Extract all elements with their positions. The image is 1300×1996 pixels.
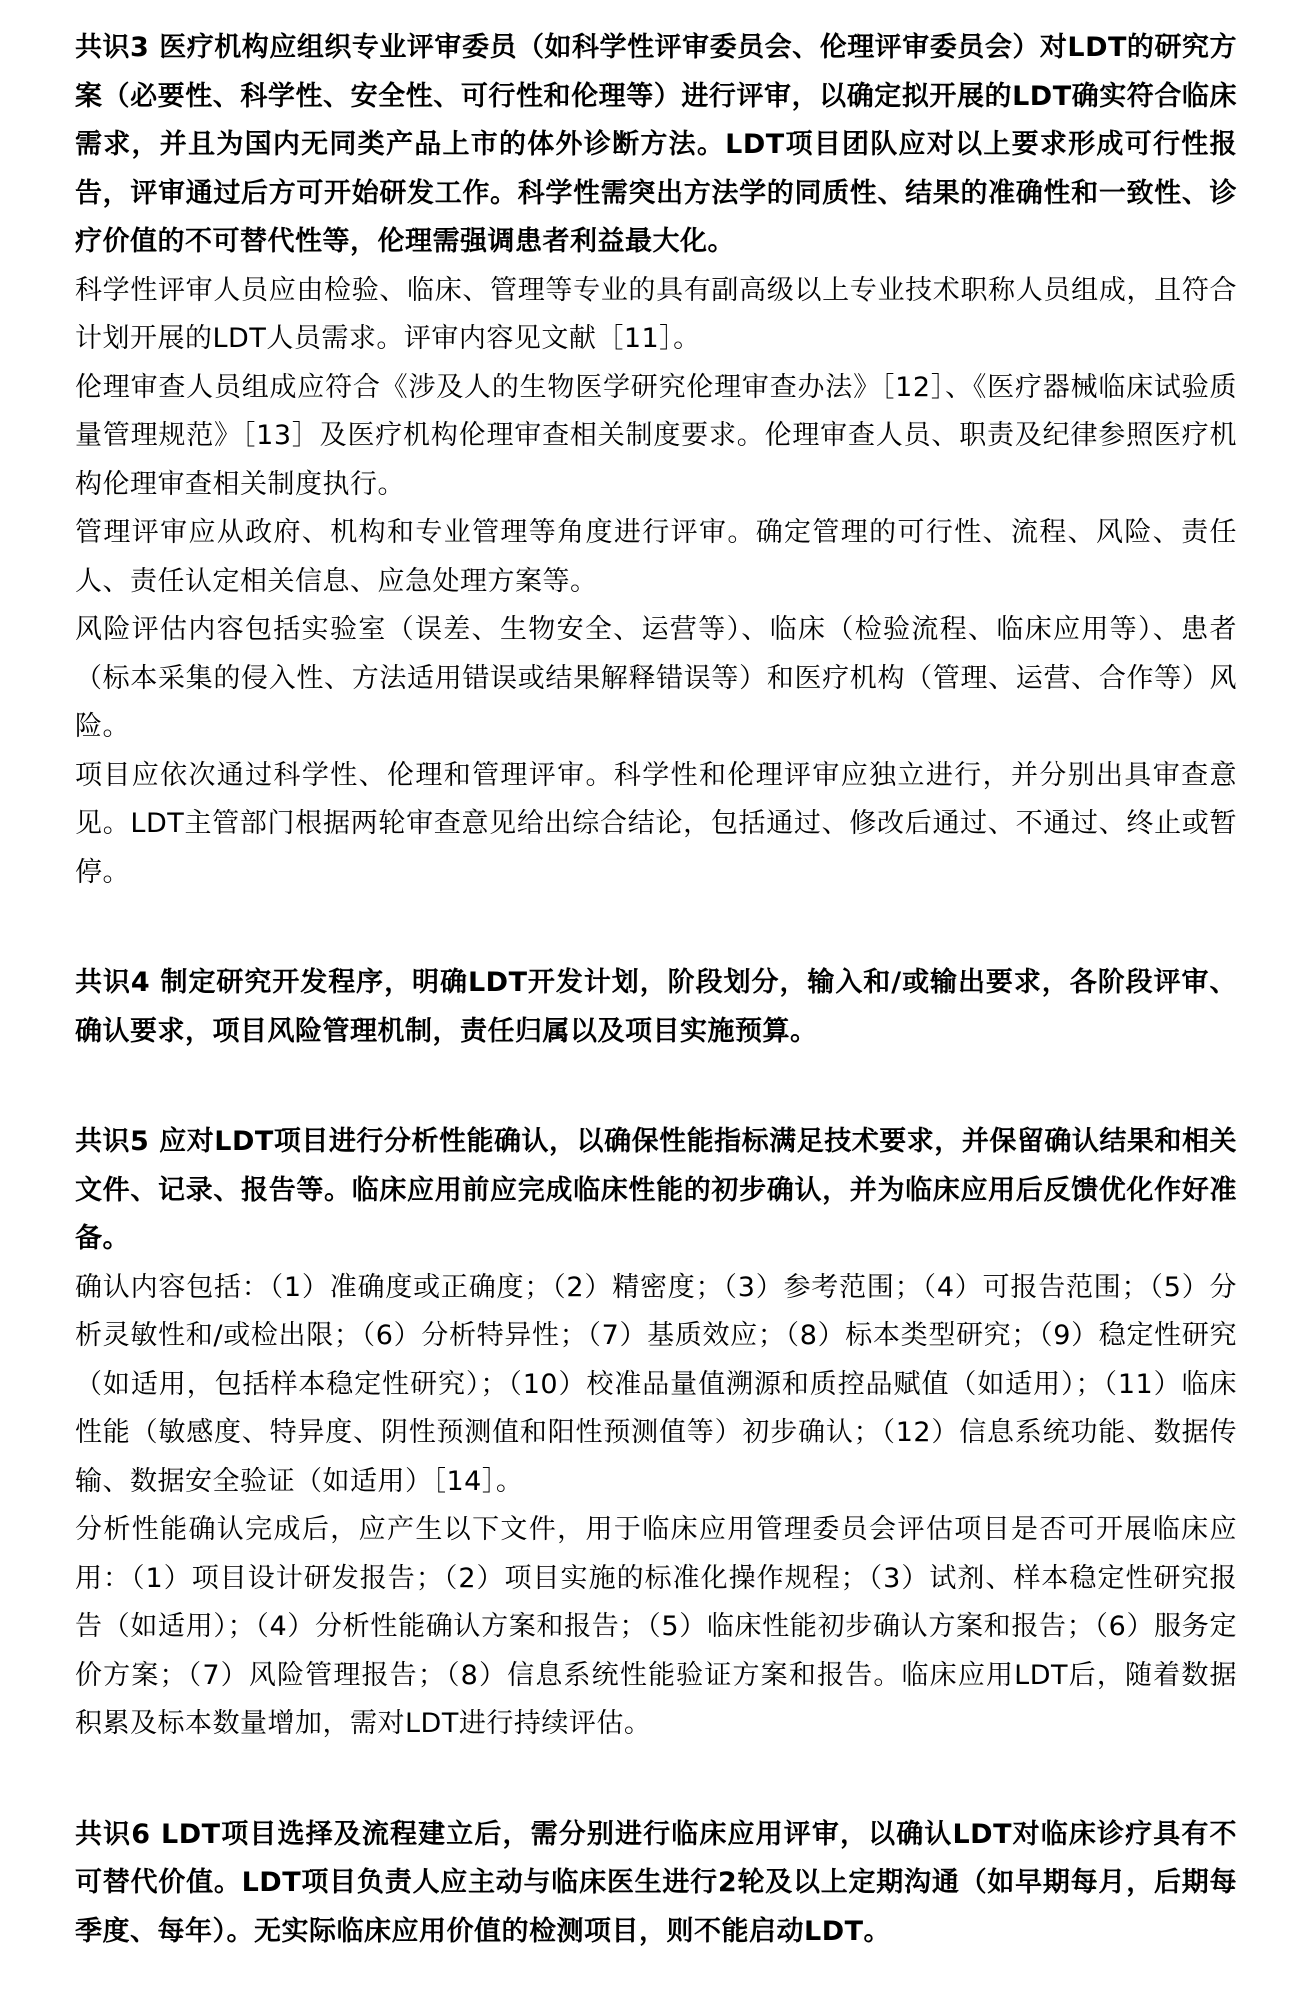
consensus-5-statement: 共识5 应对LDT项目进行分析性能确认，以确保性能指标满足技术要求，并保留确认结…	[75, 1118, 1237, 1264]
consensus-6-statement: 共识6 LDT项目选择及流程建立后，需分别进行临床应用评审，以确认LDT对临床诊…	[75, 1811, 1237, 1957]
paragraph-management-review: 管理评审应从政府、机构和专业管理等角度进行评审。确定管理的可行性、流程、风险、责…	[75, 509, 1237, 606]
consensus-4-statement: 共识4 制定研究开发程序，明确LDT开发计划，阶段划分，输入和/或输出要求，各阶…	[75, 959, 1237, 1056]
document-page: { "document": { "language": "zh-CN", "co…	[0, 0, 1300, 1996]
paragraph-ethics-review-panel: 伦理审查人员组成应符合《涉及人的生物医学研究伦理审查办法》［12］、《医疗器械临…	[75, 364, 1237, 510]
paragraph-risk-assessment: 风险评估内容包括实验室（误差、生物安全、运营等）、临床（检验流程、临床应用等）、…	[75, 606, 1237, 752]
paragraph-review-sequence: 项目应依次通过科学性、伦理和管理评审。科学性和伦理评审应独立进行，并分别出具审查…	[75, 752, 1237, 898]
paragraph-scientific-review-panel: 科学性评审人员应由检验、临床、管理等专业的具有副高级以上专业技术职称人员组成，且…	[75, 267, 1237, 364]
paragraph-post-validation-documents: 分析性能确认完成后，应产生以下文件，用于临床应用管理委员会评估项目是否可开展临床…	[75, 1506, 1237, 1749]
consensus-3-statement: 共识3 医疗机构应组织专业评审委员（如科学性评审委员会、伦理评审委员会）对LDT…	[75, 24, 1237, 267]
document-body: 共识3 医疗机构应组织专业评审委员（如科学性评审委员会、伦理评审委员会）对LDT…	[0, 0, 1300, 1996]
paragraph-validation-content: 确认内容包括：（1）准确度或正确度；（2）精密度；（3）参考范围；（4）可报告范…	[75, 1264, 1237, 1507]
